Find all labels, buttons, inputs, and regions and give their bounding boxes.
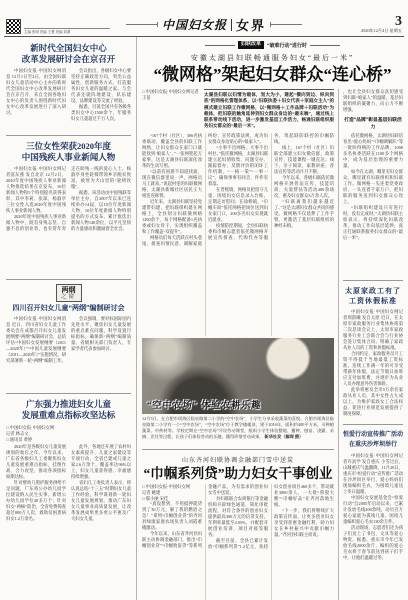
paragraph: 活动现场，志愿者们还为孩子们送上了书包、文具等爱心物资。据悉，重庆市今年已发放毛… xyxy=(343,525,403,561)
article-title: 四川召开妇女儿童“两纲”编制研讨会 xyxy=(6,304,131,313)
page-content: 新时代全国妇女中心 改革发展研讨会在京召开 中国妇女报·中国妇女网消息 12月1… xyxy=(4,37,404,600)
caption-text: 12月3日，在合肥市瑶海区临泉路第二小学的“空中农场”，小学生分享采收蔬菜的喜悦… xyxy=(142,416,334,439)
tag-rule-right xyxy=(310,45,340,46)
paragraph: “167个村（社区），306名执委联动，覆盖全县的妇联工作网络，让妇女群众在家门… xyxy=(142,133,202,169)
main-headline: “微网格”架起妇女群众“连心桥” xyxy=(142,64,403,86)
paragraph: 2020年是各级妇女儿童发展规划的收官之年。今年以来，广东省各级妇儿工委聚焦妇女… xyxy=(6,444,66,480)
article-sichuan-two-programs: 两纲 之窗 四川召开妇女儿童“两纲”编制研讨会 中国妇女报·中国妇女网消息 近日… xyxy=(6,283,131,390)
jinguo-kicker: 山东齐河妇联协调金融部门雪中送炭 xyxy=(142,455,334,464)
tag-box: 妇联改革 xyxy=(238,41,264,49)
divider xyxy=(6,135,131,136)
paragraph: 中国妇女报·中国妇女网消息 12月1日至2日，由全国妇联妇女儿童活动中心主办的新… xyxy=(6,68,66,116)
article-jinguo-loans: 山东齐河妇联协调金融部门雪中送炭 “巾帼系列贷”助力妇女干事创业 □ 中国妇女报… xyxy=(142,453,334,600)
main-area: 妇联改革 “破难行动”进行时 安徽太湖县妇联畅通服务妇女“最后一米” “微网格”… xyxy=(137,37,404,600)
section-title: 女界 xyxy=(236,15,266,34)
paragraph: 据悉，该活动由中国残联等单位主办，自2007年以来已连续举办14届，以10位年度… xyxy=(71,190,131,232)
paragraph: □ 通讯员 黄婷 xyxy=(6,437,131,443)
masthead-divider xyxy=(231,19,232,31)
staff-credits: 主编 张明 责编 王慧 美编 刘潇 xyxy=(24,28,110,35)
article-women-center-seminar: 新时代全国妇女中心 改革发展研讨会在京召开 中国妇女报·中国妇女网消息 12月1… xyxy=(6,41,131,132)
paragraph: 在晋熙镇，网格员把留守儿童、困境妇女信息录入台账，定期走访慰问；在徐桥镇，“巾帼… xyxy=(208,187,268,223)
paragraph: 此外，各地还开展了农村妇女素质提升、儿童之家建设等专项行动，全省已建成儿童之家2… xyxy=(71,444,131,480)
header-right: 3 2020年12月4日 星期五 xyxy=(302,15,402,34)
main-row: □ 中国妇女报·中国妇女网记者 王蓓 太湖县妇联以妇情为载体，划大为小，建起“横… xyxy=(142,89,403,600)
main-kicker: 安徽太湖县妇联畅通服务妇女“最后一米” xyxy=(142,53,403,63)
masthead-rule-right xyxy=(270,24,302,25)
paragraph: 县妇联联合农商银行等金融机构开辟绿色通道，简化审批流程，对符合条件的创业妇女提供… xyxy=(208,496,268,538)
masthead-rule-left xyxy=(126,24,158,25)
article-title: 三位女性荣获2020年度 中国残疾人事业新闻人物 xyxy=(6,141,131,163)
article-body: 中国妇女报·中国妇女网消息 12月1日至2日，由全国妇联妇女儿童活动中心主办的新… xyxy=(6,68,131,132)
left-column: 新时代全国妇女中心 改革发展研讨会在京召开 中国妇女报·中国妇女网消息 12月1… xyxy=(4,37,137,600)
article-bylines: □ 中国妇女报·中国妇女网记者 林志文□ 通讯员 黄婷 xyxy=(6,425,131,442)
continuation-subhead: 打造“品牌”彰显基层妇联活力 xyxy=(343,116,403,130)
paragraph: “真没想到，不用抵押就贷到了30万元，解了我的燃眉之急！”拿到“巾帼创业贷”的齐… xyxy=(142,501,202,531)
paragraph: 据悉，目前全国共有各级各类妇女中心1500余个，年服务妇女儿童超过千万人次。 xyxy=(71,104,131,122)
main-byline: □ 中国妇女报·中国妇女网记者 王蓓 xyxy=(142,89,200,131)
qr-code-icon xyxy=(6,19,21,34)
news-photo: “空中农场” 体验农耕乐趣 xyxy=(142,338,334,414)
article-title: 恒爱行动宣传推广活动 在重庆沙坪坝举行 xyxy=(343,430,403,450)
article-title: 新时代全国妇女中心 改革发展研讨会在京召开 xyxy=(6,43,131,65)
photo-credit: 新华社发（解琛 摄） xyxy=(265,434,304,439)
continuation-after: 依托微网格，太湖县妇联培育出“爱心妈妈”“巾帼调解队”等一批叫得响的工作品牌，1… xyxy=(343,133,403,241)
article-body: 中国妇女报·中国妇女网消息 近日，四川省妇女儿童工作委员会在成都召开妇女儿童发展… xyxy=(6,316,131,390)
paragraph: 合同约定，家政服务员月工资不得低于当地最低工资标准，连续工作满一年的可享受带薪年… xyxy=(343,351,403,387)
divider xyxy=(6,279,131,280)
jinguo-headline: “巾帼系列贷”助力妇女干事创业 xyxy=(142,465,334,482)
article-guangdong-indicators: 广东强力推进妇女儿童 发展重难点指标攻坚达标 □ 中国妇女报·中国妇女网记者 林… xyxy=(6,397,131,598)
page-header: 主编 张明 责编 王慧 美编 刘潇 中国妇女报 女界 3 2020年12月4日 … xyxy=(4,2,404,36)
paragraph: “下一步，我们将继续扩大政策宣传面，让更多创业妇女享受到普惠金融红利，助力妇女在… xyxy=(274,508,334,538)
article-hengai-action: 恒爱行动宣传推广活动 在重庆沙坪坝举行 中国妇女报·中国妇女网记者许真学 发自重… xyxy=(343,428,403,600)
photo-overlay-title: “空中农场” 体验农耕乐趣 xyxy=(147,398,261,411)
divider xyxy=(343,424,403,425)
article-title: 广东强力推进妇女儿童 发展重难点指标攻坚达标 xyxy=(6,399,131,421)
jinguo-body: □ 中国妇女报·中国妇女网记者 姚建□ 郝小丽 宋佳 “真没想到，不用抵押就贷到… xyxy=(142,484,334,600)
center-stack: □ 中国妇女报·中国妇女网记者 王蓓 太湖县妇联以妇情为载体，划大为小，建起“横… xyxy=(142,89,334,600)
paragraph: 会议指出，各级妇女中心要坚持正确政治方向，突出公益属性，创新服务方式，打造服务妇… xyxy=(71,68,131,104)
masthead-title: 中国妇女报 xyxy=(162,16,227,33)
divider xyxy=(142,449,334,450)
main-article-body: “167个村（社区），306名执委联动，覆盖全县的妇联工作网络，让妇女群众在家门… xyxy=(142,133,334,336)
photo-caption: 12月3日，在合肥市瑶海区临泉路第二小学的“空中农场”，小学生分享采收蔬菜的喜悦… xyxy=(142,416,334,446)
paragraph: 依托微网格，太湖县妇联培育出“爱心妈妈”“巾帼调解队”等一批叫得响的工作品牌，1… xyxy=(343,133,403,169)
article-title: 太原家政工有了 工资休假标准 xyxy=(343,286,403,306)
two-programs-window-logo: 两纲 之窗 xyxy=(56,284,82,302)
logo-text-top: 两纲 xyxy=(57,286,81,294)
paragraph: 如今在太湖，哪里有妇女群众，哪里就有妇联组织和妇联工作。微网格一头连着党委政府，… xyxy=(343,169,403,205)
paragraph: 中国妇女报·中国妇女网消息 近日，四川省妇女儿童工作委员会在成都召开妇女儿童发展… xyxy=(6,316,66,364)
divider xyxy=(6,393,131,394)
header-left: 主编 张明 责编 王慧 美编 刘潇 xyxy=(6,19,126,34)
column-tag-row: 妇联改革 “破难行动”进行时 xyxy=(142,40,403,50)
intro-row: □ 中国妇女报·中国妇女网记者 王蓓 太湖县妇联以妇情为载体，划大为小，建起“横… xyxy=(142,89,334,131)
paragraph: 今年以来，各级妇联依托微网格开展普法宣传、技能培训、关爱帮扶等活动480余场次，… xyxy=(274,175,334,199)
paragraph: 中国妇女报·中国妇女网记者富东燕 发自北京 12月2日，2020年度中国残疾人事… xyxy=(6,166,66,214)
paragraph: 近年来，太湖县妇联坚持党建带妇建，把妇联组织建在网格上，全县划分妇联微网格120… xyxy=(142,199,202,235)
divider xyxy=(343,280,403,281)
right-column: ，也让全县妇女群众真切感受到妇联“娘家人”的温暖，基层妇联组织的凝聚力、向心力不… xyxy=(338,89,403,600)
paragraph: 针对婴幼儿照护服务供给不足问题，广东将公办幼儿园学位建设纳入民生实事，新增公办幼… xyxy=(6,480,66,522)
paragraph: “以前有困难不知道找谁，现在微信群里说一声，网格员马上就来。”说起村里的妇联微网… xyxy=(142,169,202,199)
paragraph: ，也让全县妇女群众真切感受到妇联“娘家人”的温暖，基层妇联组织的凝聚力、向心力不… xyxy=(343,89,403,113)
paragraph: 中国妇女发展基金会“恒爱行动”自2005年启动以来，已累计发放毛线200余吨，动… xyxy=(343,495,403,525)
article-body: 中国妇女报·中国妇女网记者富东燕 发自北京 12月2日，2020年度中国残疾人事… xyxy=(6,166,131,276)
paragraph: 中国妇女报·中国妇女网记者周韵曦 发自太原 近日，在太原市家政服务行业集体协商第… xyxy=(343,309,403,351)
tag-rule-left xyxy=(205,45,235,46)
page-number: 3 xyxy=(302,15,402,28)
paragraph: “妇联离我们越来越近了。”这是太湖妇女群众共同的感受。微网格不仅延伸了工作手臂，… xyxy=(274,199,334,229)
paragraph: 会议强调，要对标国际国内先进水平，聚焦妇女儿童发展的重点难点问题，科学设置目标指… xyxy=(71,316,131,352)
article-body: 中国妇女报·中国妇女网记者周韵曦 发自太原 近日，在太原市家政服务行业集体协商第… xyxy=(343,309,403,421)
article-disabled-news-figures: 三位女性荣获2020年度 中国残疾人事业新闻人物 中国妇女报·中国妇女网记者富东… xyxy=(6,139,131,276)
paragraph: 省妇儿工委负责人表示，将认真总结“十三五”时期妇女儿童工作经验，科学谋划新一轮妇… xyxy=(71,480,131,522)
article-body: 中国妇女报·中国妇女网记者许真学 发自重庆 小雪过后，山城重庆气温骤降。11月2… xyxy=(343,453,403,600)
continuation-before: ，也让全县妇女群众真切感受到妇联“娘家人”的温暖，基层妇联组织的凝聚力、向心力不… xyxy=(343,89,403,113)
paragraph: 此举将惠及全市5万余名家政从业人员，其中女性占九成以上，为维护家政女工合法权益、… xyxy=(343,387,403,417)
tag-text: “破难行动”进行时 xyxy=(267,42,307,49)
article-body: 2020年是各级妇女儿童发展规划的收官之年。今年以来，广东省各级妇儿工委聚焦妇女… xyxy=(6,444,131,598)
logo-text-bottom: 之窗 xyxy=(57,294,81,300)
newspaper-page: 主编 张明 责编 王慧 美编 刘潇 中国妇女报 女界 3 2020年12月4日 … xyxy=(0,0,408,600)
article-taiyuan-domestic-workers: 太原家政工有了 工资休假标准 中国妇女报·中国妇女网记者周韵曦 发自太原 近日，… xyxy=(343,284,403,421)
paragraph: “妇联组织建设只有进行时，没有完成时。”太湖县妇联主席表示，将持续深化妇联改革，… xyxy=(343,205,403,241)
paragraph: 线上，167个村（社区）妇联全部建立妇女微信群，政策宣传、技能课程一键直达；线下… xyxy=(274,145,334,175)
main-intro: 太湖县妇联以妇情为载体，划大为小，建起“横向到边、纵向到底”的网格化管理体系，以… xyxy=(204,89,334,131)
main-article-continuation: ，也让全县妇女群众真切感受到妇联“娘家人”的温暖，基层妇联组织的凝聚力、向心力不… xyxy=(343,89,403,277)
page-date: 2020年12月4日 星期五 xyxy=(302,28,402,34)
paragraph: 中国妇女报·中国妇女网记者许真学 发自重庆 小雪过后，山城重庆气温骤降。11月2… xyxy=(343,453,403,495)
masthead-group: 中国妇女报 女界 xyxy=(126,15,302,34)
paragraph: “小事不出网格，大事不出村社。”依托微网格，太湖县妇联建立起妇情收集、问题交办、… xyxy=(208,145,268,187)
